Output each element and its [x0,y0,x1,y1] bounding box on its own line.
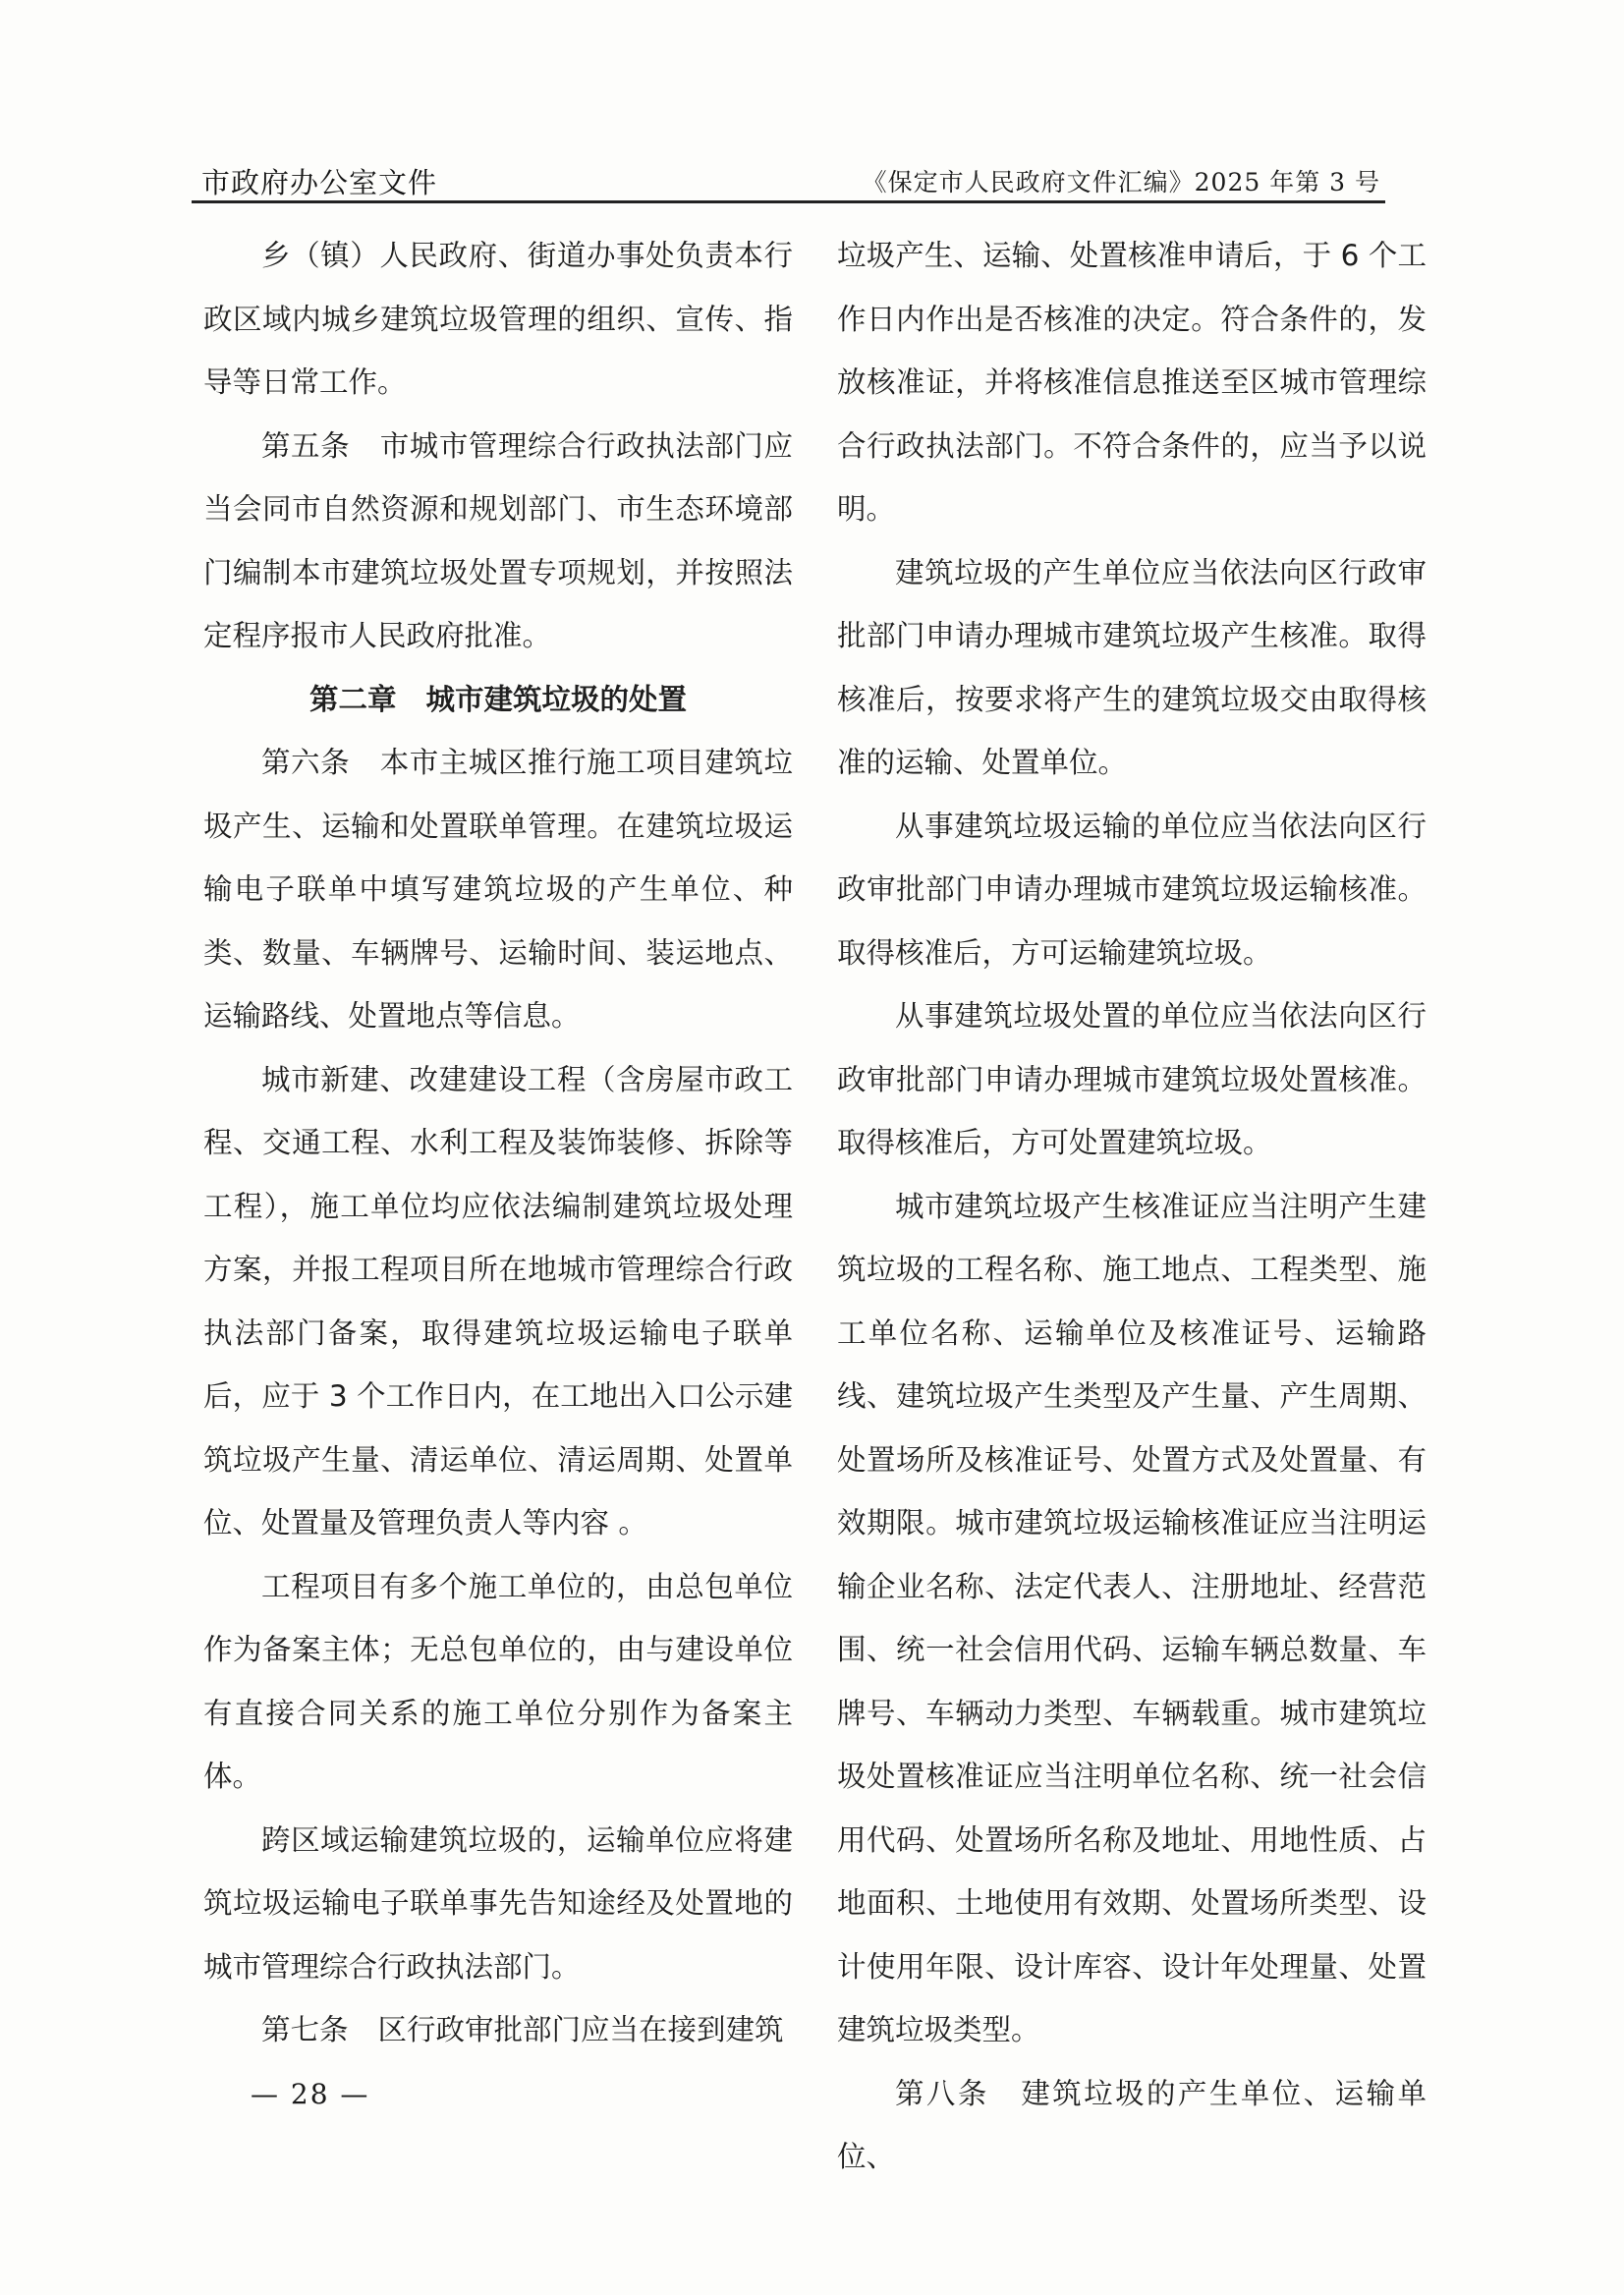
paragraph: 从事建筑垃圾处置的单位应当依法向区行政审批部门申请办理城市建筑垃圾处置核准。取得… [837,984,1427,1175]
paragraph: 乡（镇）人民政府、街道办事处负责本行政区域内城乡建筑垃圾管理的组织、宣传、指导等… [203,224,793,415]
article-text: 本市主城区推行施工项目建筑垃圾产生、运输和处置联单管理。在建筑垃圾运输电子联单中… [203,746,793,1033]
issuer-label: 市政府办公室文件 [201,161,437,201]
article-paragraph: 第八条建筑垃圾的产生单位、运输单位、 [837,2062,1427,2189]
article-text: 区行政审批部门应当在接到建筑 [378,2013,784,2046]
article-paragraph: 第六条本市主城区推行施工项目建筑垃圾产生、运输和处置联单管理。在建筑垃圾运输电子… [203,731,793,1048]
paragraph: 城市新建、改建建设工程（含房屋市政工程、交通工程、水利工程及装饰装修、拆除等工程… [203,1048,793,1555]
page-header: 市政府办公室文件 《保定市人民政府文件汇编》2025 年第 3 号 [192,149,1385,198]
left-column: 乡（镇）人民政府、街道办事处负责本行政区域内城乡建筑垃圾管理的组织、宣传、指导等… [203,224,793,2062]
article-number: 第七条 [261,2013,349,2046]
publication-label: 《保定市人民政府文件汇编》2025 年第 3 号 [863,163,1380,198]
article-paragraph: 第五条市城市管理综合行政执法部门应当会同市自然资源和规划部门、市生态环境部门编制… [203,415,793,668]
chapter-number: 第二章 [309,683,397,716]
chapter-heading: 第二章城市建筑垃圾的处置 [203,668,793,732]
header-divider [192,200,1385,203]
paragraph-continuation: 垃圾产生、运输、处置核准申请后，于 6 个工作日内作出是否核准的决定。符合条件的… [837,224,1427,541]
paragraph: 跨区域运输建筑垃圾的，运输单位应将建筑垃圾运输电子联单事先告知途经及处置地的城市… [203,1809,793,1999]
right-column: 垃圾产生、运输、处置核准申请后，于 6 个工作日内作出是否核准的决定。符合条件的… [837,224,1427,2189]
chapter-title: 城市建筑垃圾的处置 [426,683,688,716]
paragraph: 从事建筑垃圾运输的单位应当依法向区行政审批部门申请办理城市建筑垃圾运输核准。取得… [837,795,1427,985]
paragraph: 工程项目有多个施工单位的，由总包单位作为备案主体；无总包单位的，由与建设单位有直… [203,1555,793,1809]
article-paragraph: 第七条区行政审批部门应当在接到建筑 [203,1998,793,2062]
paragraph: 建筑垃圾的产生单位应当依法向区行政审批部门申请办理城市建筑垃圾产生核准。取得核准… [837,541,1427,795]
page-number: — 28 — [251,2078,369,2110]
article-number: 第八条 [895,2077,989,2110]
article-number: 第六条 [261,746,350,779]
paragraph: 城市建筑垃圾产生核准证应当注明产生建筑垃圾的工程名称、施工地点、工程类型、施工单… [837,1175,1427,2062]
article-number: 第五条 [261,429,350,463]
